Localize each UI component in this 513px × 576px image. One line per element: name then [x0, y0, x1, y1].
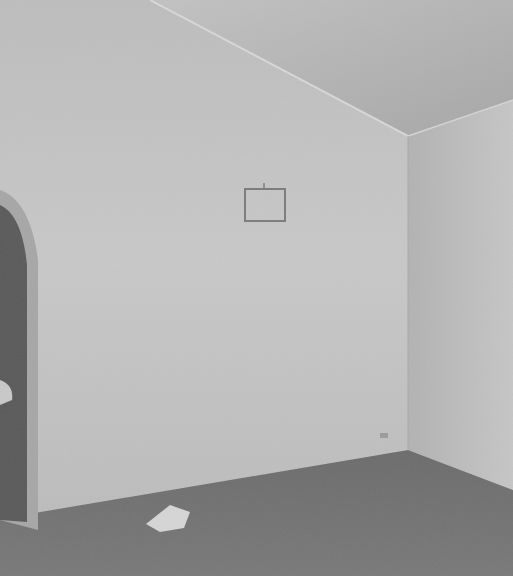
- room-illustration: [0, 0, 513, 576]
- room-photo: [0, 0, 513, 576]
